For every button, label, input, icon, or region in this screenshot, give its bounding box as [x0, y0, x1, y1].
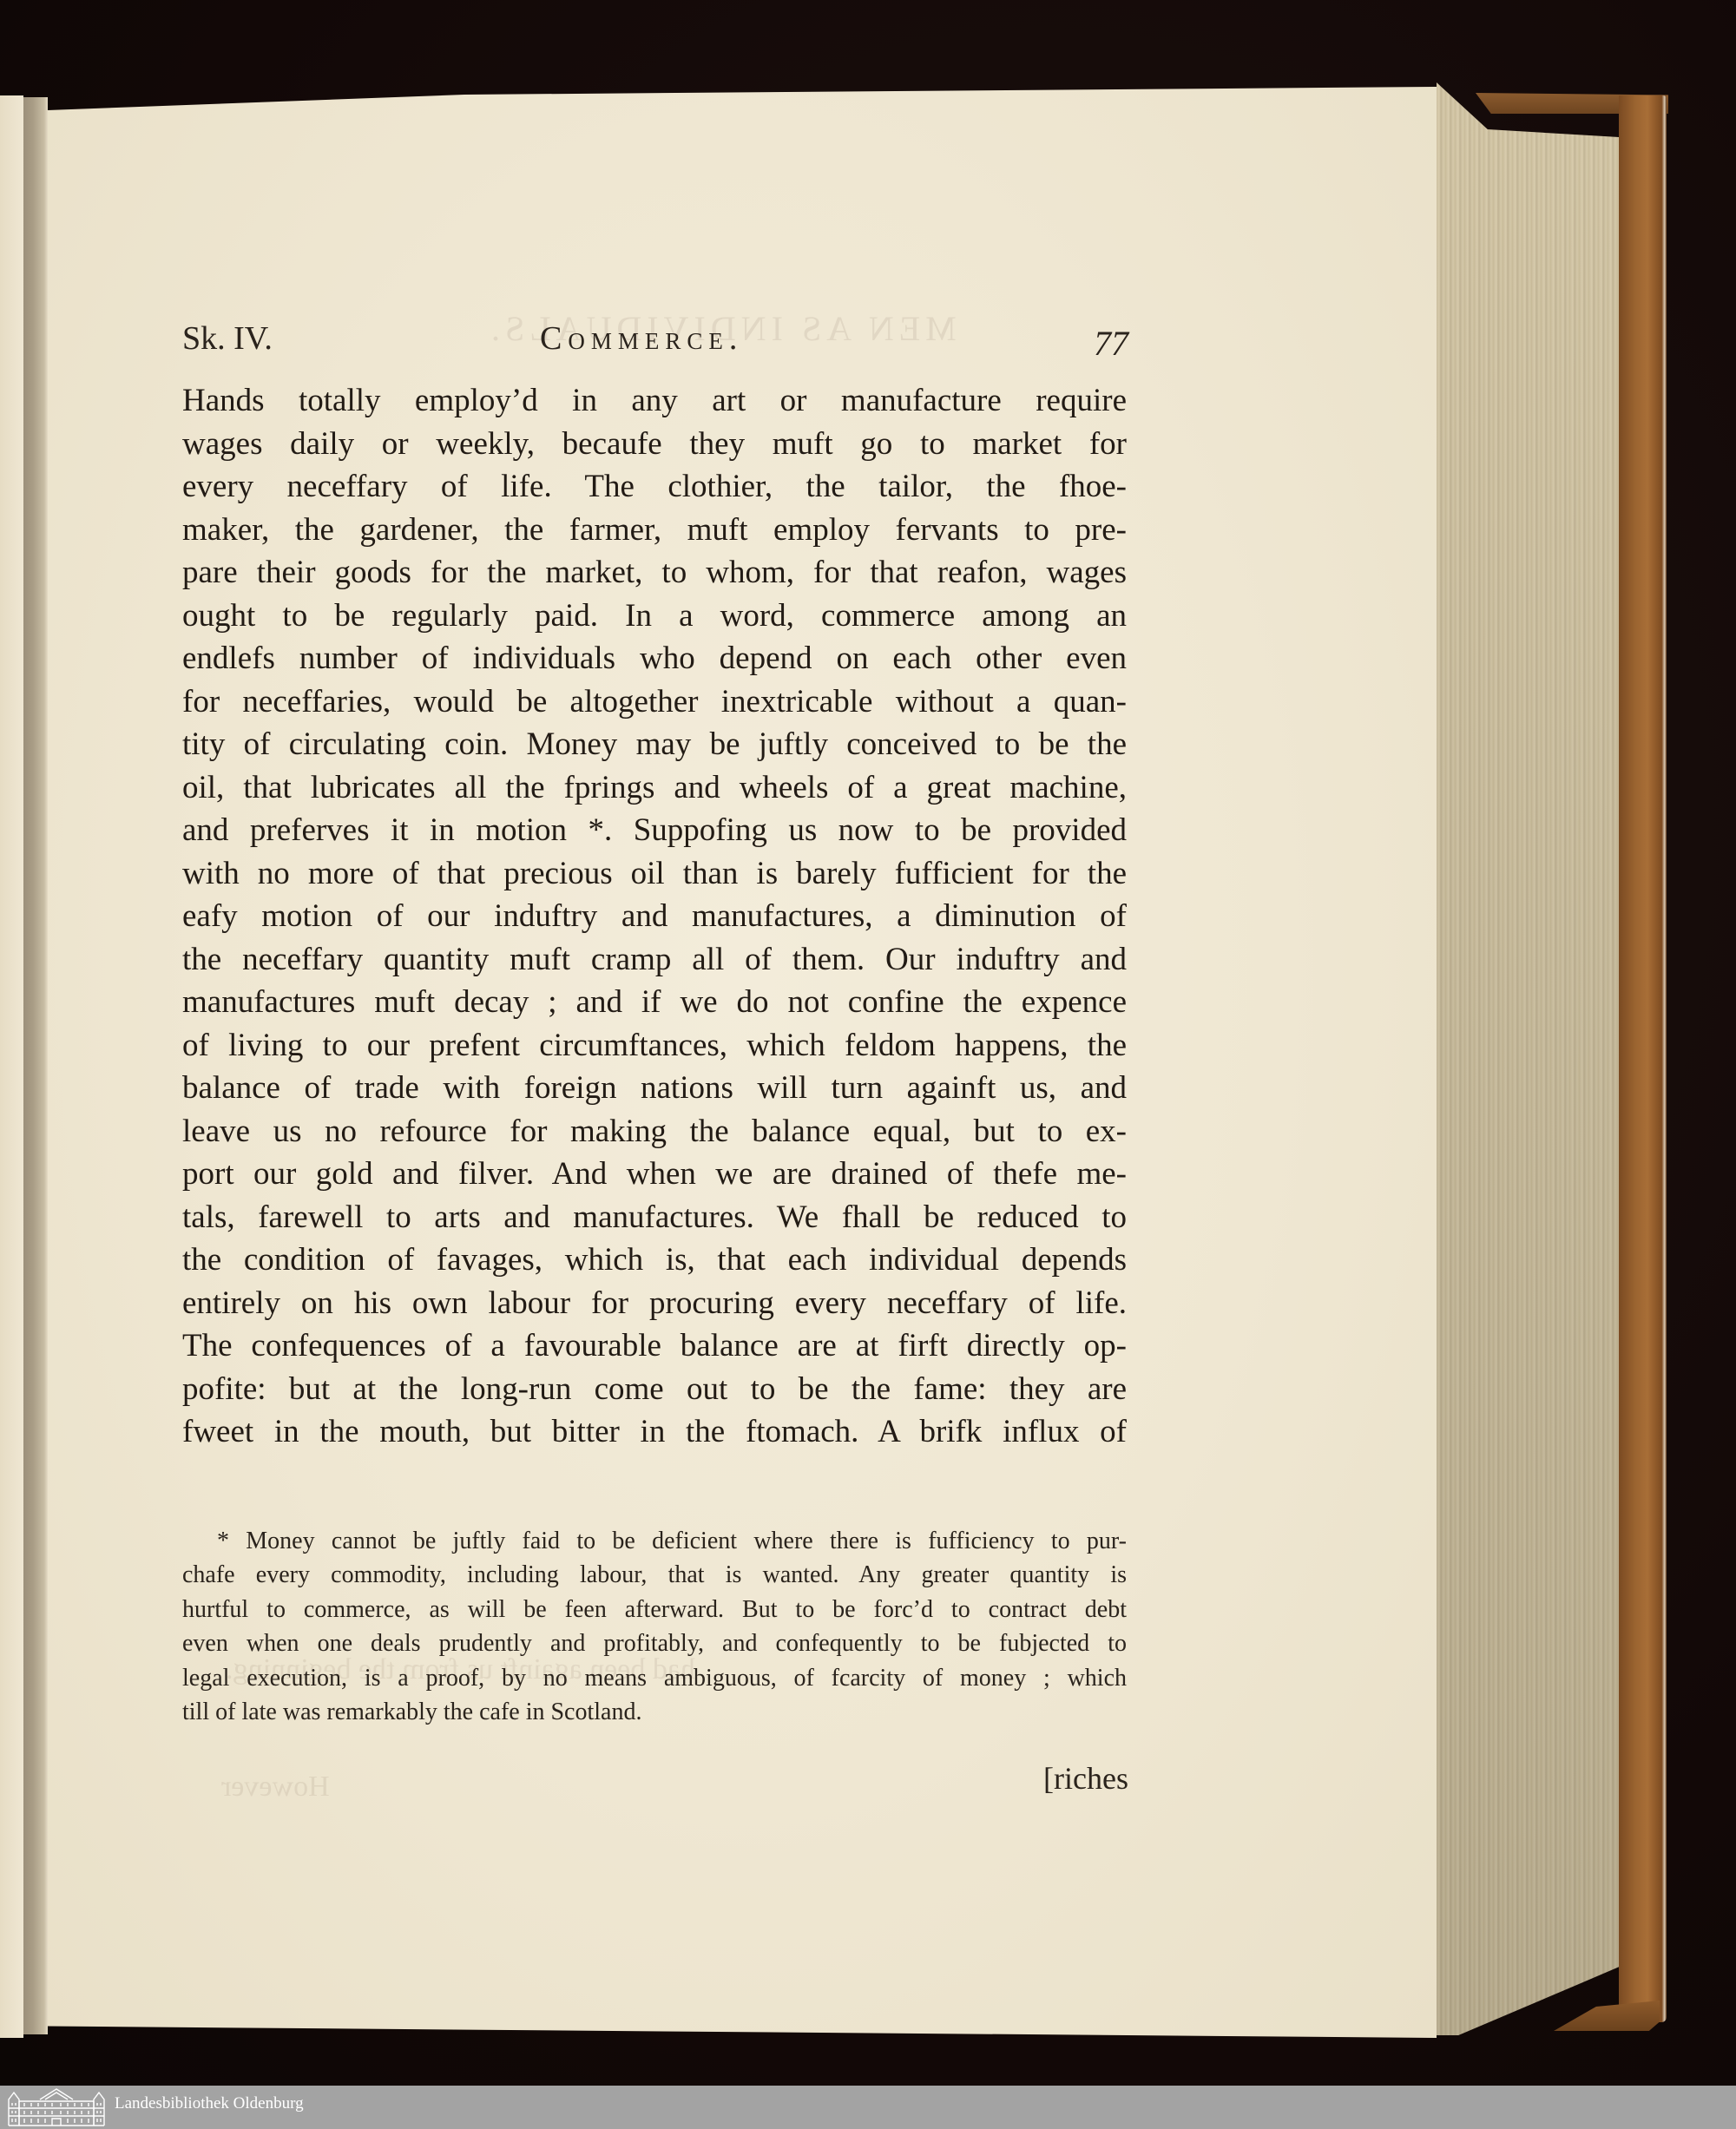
leather-cover-board: [1619, 95, 1667, 2022]
text-line: tity of circulating coin. Money may be j…: [182, 723, 1127, 766]
text-line: pofite: but at the long-run come out to …: [182, 1368, 1127, 1411]
text-line: with no more of that precious oil than i…: [182, 852, 1127, 896]
section-label: Sk. IV.: [182, 319, 273, 358]
text-line: leave us no refource for making the bala…: [182, 1110, 1127, 1153]
footnote-line: even when one deals prudently and profit…: [182, 1626, 1127, 1660]
catchword: [riches: [1043, 1760, 1128, 1797]
footnote-line: * Money cannot be juftly faid to be defi…: [182, 1524, 1127, 1558]
text-line: of living to our prefent circumftances, …: [182, 1024, 1127, 1068]
text-line: fweet in the mouth, but bitter in the ft…: [182, 1410, 1127, 1454]
text-line: ought to be regularly paid. In a word, c…: [182, 595, 1127, 638]
page-block-shading: [1437, 82, 1619, 2035]
text-line: for neceffaries, would be altogether ine…: [182, 680, 1127, 724]
text-line: Hands totally employ’d in any art or man…: [182, 379, 1127, 423]
text-line: balance of trade with foreign nations wi…: [182, 1067, 1127, 1110]
text-line: manufactures muft decay ; and if we do n…: [182, 981, 1127, 1024]
text-line: wages daily or weekly, becaufe they muft…: [182, 423, 1127, 466]
body-text: Hands totally employ’d in any art or man…: [182, 379, 1127, 1454]
footnote: * Money cannot be juftly faid to be defi…: [182, 1524, 1127, 1729]
footnote-line: hurtful to commerce, as will be feen aft…: [182, 1593, 1127, 1626]
facing-page-edge: [0, 95, 23, 2038]
page-number: 77: [1094, 323, 1128, 364]
footnote-line: till of late was remarkably the cafe in …: [182, 1695, 1127, 1729]
text-line: The confequences of a favourable balance…: [182, 1324, 1127, 1368]
text-line: eafy motion of our induftry and manufact…: [182, 895, 1127, 938]
footnote-line: legal execution, is a proof, by no means…: [182, 1661, 1127, 1695]
text-line: every neceffary of life. The clothier, t…: [182, 465, 1127, 509]
text-line: pare their goods for the market, to whom…: [182, 551, 1127, 595]
text-line: the neceffary quantity muft cramp all of…: [182, 938, 1127, 982]
institution-name: Landesbibliothek Oldenburg: [115, 2094, 304, 2113]
chapter-title: Commerce.: [540, 319, 743, 358]
footer-bar: Landesbibliothek Oldenburg: [0, 2086, 1736, 2129]
text-line: and preferves it in motion *. Suppofing …: [182, 809, 1127, 852]
text-line: maker, the gardener, the farmer, muft em…: [182, 509, 1127, 552]
text-line: the condition of favages, which is, that…: [182, 1239, 1127, 1282]
footnote-line: chafe every commodity, including labour,…: [182, 1558, 1127, 1592]
book-gutter: [23, 97, 48, 2034]
text-line: entirely on his own labour for procuring…: [182, 1282, 1127, 1325]
show-through-text: However: [221, 1771, 330, 1804]
running-head: Sk. IV. Commerce. 77: [182, 319, 1128, 363]
text-line: tals, farewell to arts and manufactures.…: [182, 1196, 1127, 1239]
library-building-icon: [5, 2087, 108, 2127]
text-line: endlefs number of individuals who depend…: [182, 637, 1127, 680]
text-line: port our gold and filver. And when we ar…: [182, 1153, 1127, 1196]
text-line: oil, that lubricates all the fprings and…: [182, 766, 1127, 810]
